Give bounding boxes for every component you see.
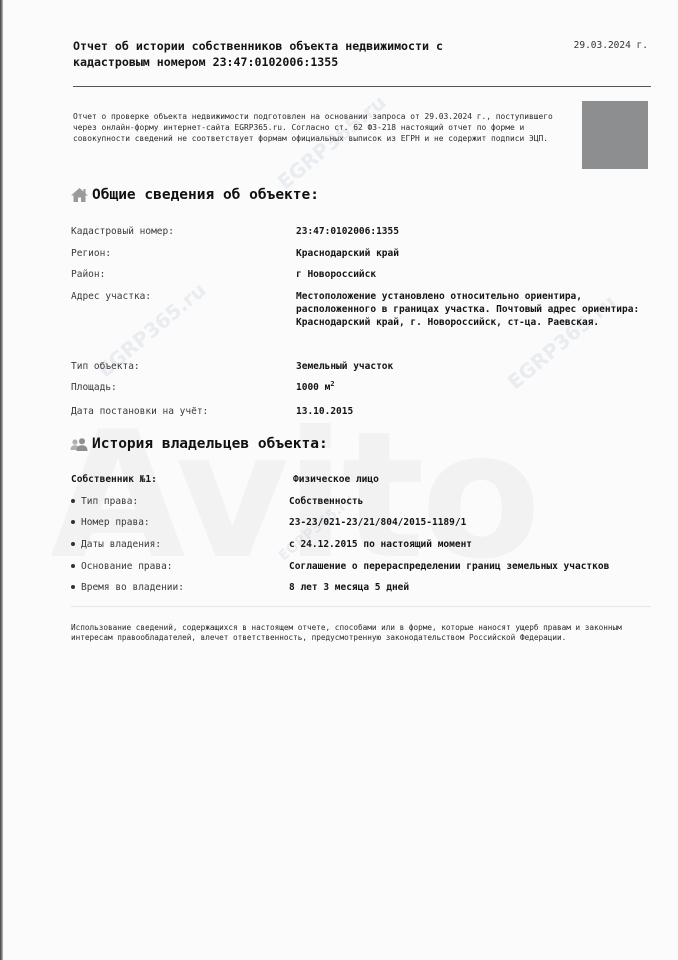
legal-disclaimer: Использование сведений, содержащихся в н… [71, 623, 651, 643]
bullet-icon [71, 542, 75, 546]
field-value: 23:47:0102006:1355 [296, 225, 641, 238]
report-title: Отчет об истории собственников объекта н… [73, 38, 493, 70]
area-unit-superscript: 2 [330, 380, 334, 388]
bullet-icon [71, 499, 75, 503]
field-value: Земельный участок [296, 360, 641, 373]
footer-divider [71, 606, 651, 607]
detail-value: Собственность [289, 495, 634, 508]
home-icon [70, 187, 89, 203]
detail-value: Соглашение о перераспределении границ зе… [289, 560, 649, 573]
section-general-title: Общие сведения об объекте: [92, 187, 319, 203]
detail-value: 23-23/021-23/21/804/2015-1189/1 [289, 516, 634, 529]
detail-label: Тип права: [71, 495, 138, 508]
header-divider [73, 86, 651, 87]
field-value: 1000 м2 [296, 381, 641, 394]
detail-label: Даты владения: [71, 538, 161, 551]
report-page: Avito EGRP365.ru EGRP365.ru EGRP365.ru E… [0, 0, 678, 960]
section-general-heading: Общие сведения об объекте: [70, 187, 319, 203]
report-date: 29.03.2024 г. [574, 40, 648, 51]
field-label: Адрес участка: [71, 290, 151, 303]
field-label: Площадь: [71, 381, 117, 394]
field-value: г Новороссийск [296, 268, 641, 281]
owner-type: Физическое лицо [293, 473, 638, 486]
field-value: 13.10.2015 [296, 405, 641, 418]
users-icon [70, 437, 89, 452]
field-value: Краснодарский край [296, 247, 641, 260]
bullet-icon [71, 585, 75, 589]
area-value: 1000 м [296, 382, 330, 393]
field-value: Местоположение установлено относительно … [296, 290, 641, 329]
photo-placeholder [582, 101, 648, 169]
owner-label: Собственник №1: [71, 473, 157, 486]
field-label: Район: [71, 268, 105, 281]
bullet-icon [71, 564, 75, 568]
detail-value: 8 лет 3 месяца 5 дней [289, 581, 634, 594]
bullet-icon [71, 520, 75, 524]
field-label: Дата постановки на учёт: [71, 405, 208, 418]
detail-label: Время во владении: [71, 581, 184, 594]
detail-label: Номер права: [71, 516, 150, 529]
detail-label: Основание права: [71, 560, 173, 573]
field-label: Кадастровый номер: [71, 225, 174, 238]
intro-notice: Отчет о проверке объекта недвижимости по… [73, 111, 573, 144]
section-owners-title: История владельцев объекта: [92, 436, 328, 452]
field-label: Регион: [71, 247, 111, 260]
field-label: Тип объекта: [71, 360, 140, 373]
detail-value: с 24.12.2015 по настоящий момент [289, 538, 634, 551]
section-owners-heading: История владельцев объекта: [70, 436, 328, 452]
